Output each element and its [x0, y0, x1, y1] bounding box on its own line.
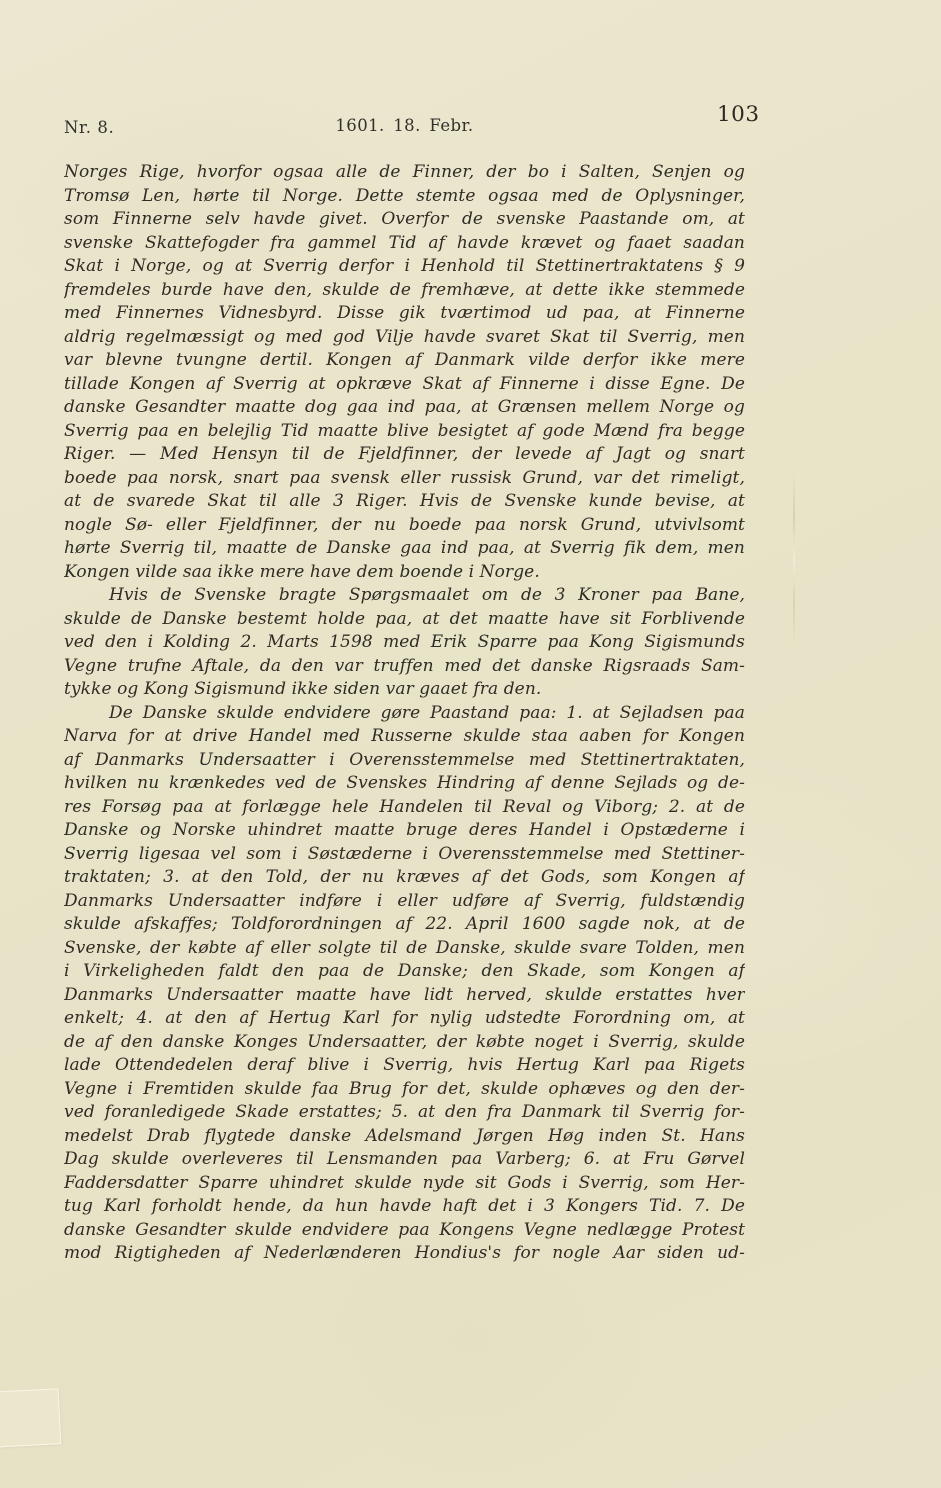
text-line: fremdeles burde have den, skulde de frem… — [64, 279, 745, 303]
page-number: 103 — [717, 102, 760, 127]
text-line: tykke og Kong Sigismund ikke siden var g… — [64, 678, 745, 702]
text-line: boede paa norsk, snart paa svensk eller … — [64, 467, 745, 491]
text-line: Vegne trufne Aftale, da den var truffen … — [64, 655, 745, 679]
text-line: Svenske, der købte af eller solgte til d… — [64, 937, 745, 961]
paper-crease — [793, 472, 795, 648]
text-line: Sverrig ligesaa vel som i Søstæderne i O… — [64, 843, 745, 867]
text-line: Kongen vilde saa ikke mere have dem boen… — [64, 561, 745, 585]
text-line: ved den i Kolding 2. Marts 1598 med Erik… — [64, 631, 745, 655]
repair-patch — [0, 1388, 61, 1448]
text-line: Tromsø Len, hørte til Norge. Dette stemt… — [64, 185, 745, 209]
text-line: Norges Rige, hvorfor ogsaa alle de Finne… — [64, 161, 745, 185]
text-line: Dag skulde overleveres til Lensmanden pa… — [64, 1148, 745, 1172]
text-line: Narva for at drive Handel med Russerne s… — [64, 725, 745, 749]
text-line: danske Gesandter maatte dog gaa ind paa,… — [64, 396, 745, 420]
text-line: aldrig regelmæssigt og med god Vilje hav… — [64, 326, 745, 350]
text-line: Skat i Norge, og at Sverrig derfor i Hen… — [64, 255, 745, 279]
text-line: lade Ottendedelen deraf blive i Sverrig,… — [64, 1054, 745, 1078]
text-line: Danmarks Undersaatter maatte have lidt h… — [64, 984, 745, 1008]
text-line: tillade Kongen af Sverrig at opkræve Ska… — [64, 373, 745, 397]
text-line: Faddersdatter Sparre uhindret skulde nyd… — [64, 1172, 745, 1196]
text-line: Riger. — Med Hensyn til de Fjeldfinner, … — [64, 443, 745, 467]
text-line: med Finnernes Vidnesbyrd. Disse gik tvær… — [64, 302, 745, 326]
text-line: Vegne i Fremtiden skulde faa Brug for de… — [64, 1078, 745, 1102]
body-text: Norges Rige, hvorfor ogsaa alle de Finne… — [64, 161, 745, 1266]
date-heading: 1601. 18. Febr. — [64, 116, 745, 135]
text-line: Danske og Norske uhindret maatte bruge d… — [64, 819, 745, 843]
text-line: skulde afskaffes; Toldforordningen af 22… — [64, 913, 745, 937]
text-line: tug Karl forholdt hende, da hun havde ha… — [64, 1195, 745, 1219]
text-line: ved foranledigede Skade erstattes; 5. at… — [64, 1101, 745, 1125]
text-line: var blevne tvungne dertil. Kongen af Dan… — [64, 349, 745, 373]
text-line: i Virkeligheden faldt den paa de Danske;… — [64, 960, 745, 984]
text-line: hørte Sverrig til, maatte de Danske gaa … — [64, 537, 745, 561]
text-line: enkelt; 4. at den af Hertug Karl for nyl… — [64, 1007, 745, 1031]
text-line: mod Rigtigheden af Nederlænderen Hondius… — [64, 1242, 745, 1266]
text-line: som Finnerne selv havde givet. Overfor d… — [64, 208, 745, 232]
text-line: de af den danske Konges Undersaatter, de… — [64, 1031, 745, 1055]
text-line: medelst Drab flygtede danske Adelsmand J… — [64, 1125, 745, 1149]
text-line: nogle Sø- eller Fjeldfinner, der nu boed… — [64, 514, 745, 538]
text-line: traktaten; 3. at den Told, der nu kræves… — [64, 866, 745, 890]
text-line: af Danmarks Undersaatter i Overensstemme… — [64, 749, 745, 773]
text-line: res Forsøg paa at forlægge hele Handelen… — [64, 796, 745, 820]
text-line: danske Gesandter skulde endvidere paa Ko… — [64, 1219, 745, 1243]
text-line: Sverrig paa en belejlig Tid maatte blive… — [64, 420, 745, 444]
text-line: svenske Skattefogder fra gammel Tid af h… — [64, 232, 745, 256]
book-page: Nr. 8. 1601. 18. Febr. 103 Norges Rige, … — [0, 0, 941, 1488]
text-line: Hvis de Svenske bragte Spørgsmaalet om d… — [64, 584, 745, 608]
text-line: skulde de Danske bestemt holde paa, at d… — [64, 608, 745, 632]
running-head: Nr. 8. 1601. 18. Febr. 103 — [64, 112, 745, 142]
text-line: hvilken nu krænkedes ved de Svenskes Hin… — [64, 772, 745, 796]
text-line: Danmarks Undersaatter indføre i eller ud… — [64, 890, 745, 914]
text-line: De Danske skulde endvidere gøre Paastand… — [64, 702, 745, 726]
text-line: at de svarede Skat til alle 3 Riger. Hvi… — [64, 490, 745, 514]
